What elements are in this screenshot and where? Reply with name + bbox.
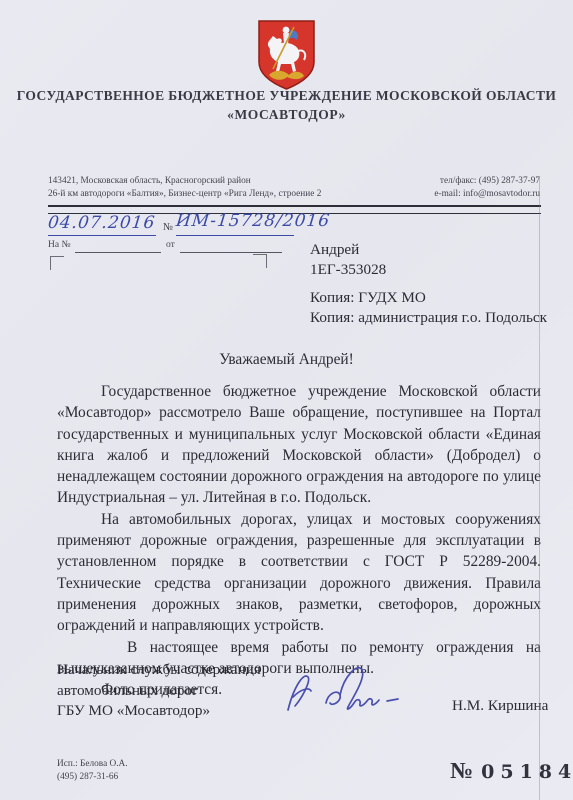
org-contacts: тел/факс: (495) 287-37-97 e-mail: info@m… [320,175,540,201]
salutation: Уважаемый Андрей! [0,351,573,369]
signer-title-line1: Начальник службы содержания [57,660,261,681]
form-serial-number: №051843 [450,758,573,784]
address-corner-mark-left [50,256,64,270]
signer-title-line2: автомобильных дорог [57,681,261,702]
moscow-oblast-emblem-icon [253,18,320,92]
number-sign-label: № [163,222,173,233]
org-address-line2: 26-й км автодороги «Балтия», Бизнес-цент… [48,188,348,201]
org-address: 143421, Московская область, Красногорски… [48,175,348,201]
scanned-letter-page: ГОСУДАРСТВЕННОЕ БЮДЖЕТНОЕ УЧРЕЖДЕНИЕ МОС… [0,0,573,800]
recipient-copy2: Копия: администрация г.о. Подольск [310,308,547,328]
outgoing-number-field: ИМ-15728/2016 [176,211,294,236]
recipient-name: Андрей [310,240,547,260]
recipient-id: 1ЕГ-353028 [310,260,547,280]
outgoing-date-field: 04.07.2016 [48,213,156,236]
reply-to-number-blank [75,252,161,253]
recipient-gap [310,280,547,288]
reply-to-date-blank [180,252,282,253]
signer-title-line3: ГБУ МО «Мосавтодор» [57,701,261,722]
executor-phone: (495) 287-31-66 [57,771,128,784]
emblem-rider-head [283,27,290,34]
scan-edge-shadow [539,178,540,800]
paragraph-1: Государственное бюджетное учреждение Мос… [57,381,541,509]
handwritten-number: ИМ-15728/2016 [175,211,331,231]
org-name-line1: ГОСУДАРСТВЕННОЕ БЮДЖЕТНОЕ УЧРЕЖДЕНИЕ МОС… [0,88,573,104]
org-email: e-mail: info@mosavtodor.ru [320,188,540,201]
reply-to-date-label: от [166,240,175,250]
executor-name: Исп.: Белова О.А. [57,758,128,771]
signature-autograph [272,656,417,733]
signer-title: Начальник службы содержания автомобильны… [57,660,261,722]
form-number-sign: № [450,758,473,783]
org-name-line2: «МОСАВТОДОР» [0,107,573,123]
org-phone: тел/факс: (495) 287-37-97 [320,175,540,188]
signer-name: Н.М. Киршина [452,697,548,715]
recipient-block: Андрей 1ЕГ-353028 Копия: ГУДХ МО Копия: … [310,240,547,328]
paragraph-2: На автомобильных дорогах, улицах и мосто… [57,509,541,637]
recipient-copy1: Копия: ГУДХ МО [310,288,547,308]
form-number-digits: 051843 [481,761,573,783]
handwritten-date: 04.07.2016 [47,213,156,233]
reply-to-number-label: На № [48,240,71,250]
org-address-line1: 143421, Московская область, Красногорски… [48,175,348,188]
executor-block: Исп.: Белова О.А. (495) 287-31-66 [57,758,128,783]
letter-body: Государственное бюджетное учреждение Мос… [57,381,541,700]
address-corner-mark-right [253,254,267,268]
